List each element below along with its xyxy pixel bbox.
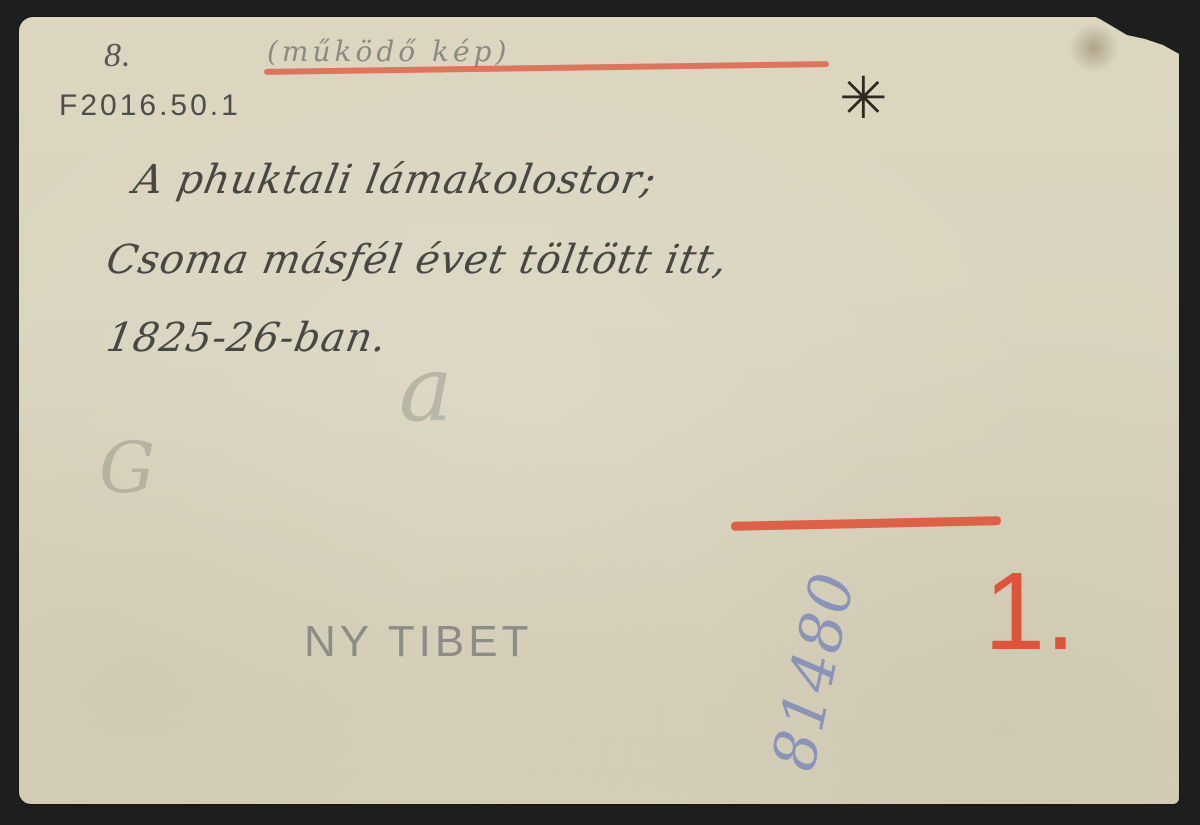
asterisk-mark: ✳ [839, 69, 888, 127]
corner-smudge [1069, 23, 1119, 73]
faint-circled-letter: G [99, 427, 155, 509]
top-left-number: 8. [104, 37, 132, 75]
main-text-line-1: A phuktali lámakolostor; [130, 157, 660, 203]
struck-annotation: (működő kép) [267, 35, 510, 68]
faint-sketch-mark: a [399, 337, 453, 442]
archival-card: 8. (működő kép) ✳ F2016.50.1 A phuktali … [19, 17, 1179, 804]
blue-pencil-number: 81480 [759, 566, 869, 777]
red-underline [731, 516, 1001, 531]
ny-tibet-label: NY TIBET [304, 617, 532, 667]
main-text-line-3: 1825-26-ban. [103, 315, 391, 361]
red-number: 1. [984, 557, 1076, 667]
catalog-number: F2016.50.1 [59, 89, 241, 123]
main-text-line-2: Csoma másfél évet töltött itt, [103, 237, 731, 283]
